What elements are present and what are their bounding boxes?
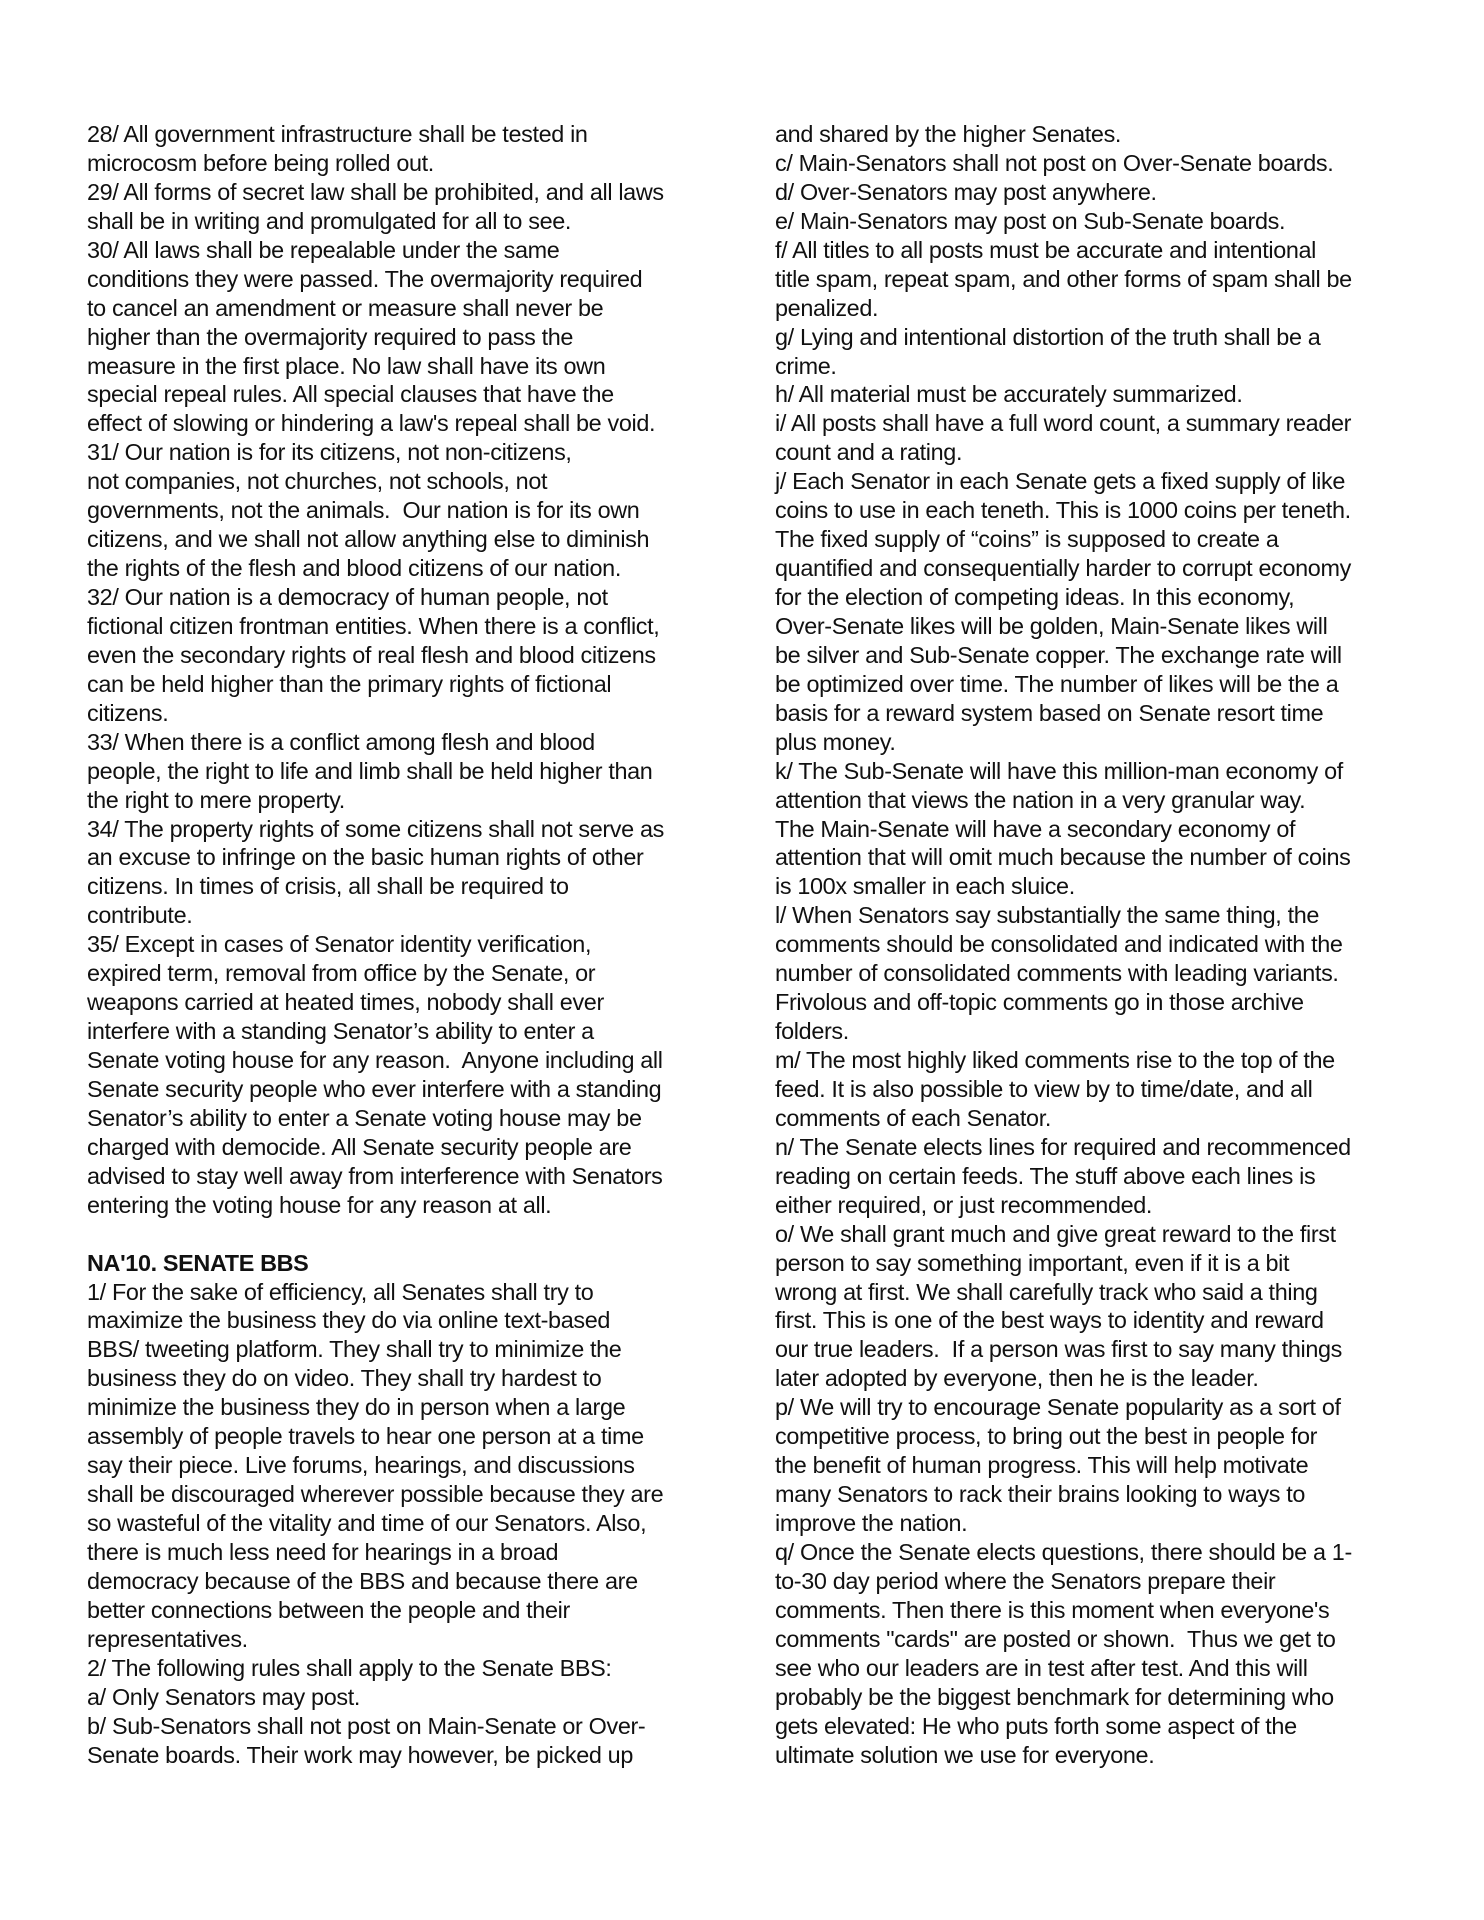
text-line: 34/ The property rights of some citizens… xyxy=(87,815,712,844)
document-page: 28/ All government infrastructure shall … xyxy=(0,0,1484,1920)
text-line: a/ Only Senators may post. xyxy=(87,1683,712,1712)
text-line: The Main-Senate will have a secondary ec… xyxy=(775,815,1400,844)
text-line: k/ The Sub-Senate will have this million… xyxy=(775,757,1400,786)
text-line: an excuse to infringe on the basic human… xyxy=(87,843,712,872)
text-line: m/ The most highly liked comments rise t… xyxy=(775,1046,1400,1075)
text-line: assembly of people travels to hear one p… xyxy=(87,1422,712,1451)
text-line: is 100x smaller in each sluice. xyxy=(775,872,1400,901)
text-line: Senator’s ability to enter a Senate voti… xyxy=(87,1104,712,1133)
text-line: the rights of the flesh and blood citize… xyxy=(87,554,712,583)
text-line: business they do on video. They shall tr… xyxy=(87,1364,712,1393)
text-line: count and a rating. xyxy=(775,438,1400,467)
text-line: conditions they were passed. The overmaj… xyxy=(87,265,712,294)
text-line: the right to mere property. xyxy=(87,786,712,815)
text-line: crime. xyxy=(775,352,1400,381)
blank-line xyxy=(87,1220,712,1249)
text-line: attention that will omit much because th… xyxy=(775,843,1400,872)
text-line: reading on certain feeds. The stuff abov… xyxy=(775,1162,1400,1191)
text-line: citizens. In times of crisis, all shall … xyxy=(87,872,712,901)
text-line: special repeal rules. All special clause… xyxy=(87,380,712,409)
text-line: 33/ When there is a conflict among flesh… xyxy=(87,728,712,757)
text-line: so wasteful of the vitality and time of … xyxy=(87,1509,712,1538)
text-line: entering the voting house for any reason… xyxy=(87,1191,712,1220)
text-line: our true leaders. If a person was first … xyxy=(775,1335,1400,1364)
text-line: minimize the business they do in person … xyxy=(87,1393,712,1422)
text-line: democracy because of the BBS and because… xyxy=(87,1567,712,1596)
text-line: d/ Over-Senators may post anywhere. xyxy=(775,178,1400,207)
text-line: The fixed supply of “coins” is supposed … xyxy=(775,525,1400,554)
text-line: quantified and consequentially harder to… xyxy=(775,554,1400,583)
text-line: citizens, and we shall not allow anythin… xyxy=(87,525,712,554)
text-line: h/ All material must be accurately summa… xyxy=(775,380,1400,409)
text-line: later adopted by everyone, then he is th… xyxy=(775,1364,1400,1393)
text-line: g/ Lying and intentional distortion of t… xyxy=(775,323,1400,352)
text-line: either required, or just recommended. xyxy=(775,1191,1400,1220)
text-line: interfere with a standing Senator’s abil… xyxy=(87,1017,712,1046)
text-line: not companies, not churches, not schools… xyxy=(87,467,712,496)
text-line: o/ We shall grant much and give great re… xyxy=(775,1220,1400,1249)
text-line: for the election of competing ideas. In … xyxy=(775,583,1400,612)
text-line: and shared by the higher Senates. xyxy=(775,120,1400,149)
text-line: f/ All titles to all posts must be accur… xyxy=(775,236,1400,265)
text-line: comments of each Senator. xyxy=(775,1104,1400,1133)
text-line: there is much less need for hearings in … xyxy=(87,1538,712,1567)
text-line: better connections between the people an… xyxy=(87,1596,712,1625)
text-line: to-30 day period where the Senators prep… xyxy=(775,1567,1400,1596)
text-line: expired term, removal from office by the… xyxy=(87,959,712,988)
text-line: see who our leaders are in test after te… xyxy=(775,1654,1400,1683)
section-heading: NA'10. SENATE BBS xyxy=(87,1249,712,1278)
text-line: citizens. xyxy=(87,699,712,728)
text-line: c/ Main-Senators shall not post on Over-… xyxy=(775,149,1400,178)
text-line: measure in the first place. No law shall… xyxy=(87,352,712,381)
text-line: competitive process, to bring out the be… xyxy=(775,1422,1400,1451)
text-line: to cancel an amendment or measure shall … xyxy=(87,294,712,323)
text-line: be silver and Sub-Senate copper. The exc… xyxy=(775,641,1400,670)
text-line: Senate voting house for any reason. Anyo… xyxy=(87,1046,712,1075)
text-line: charged with democide. All Senate securi… xyxy=(87,1133,712,1162)
text-line: folders. xyxy=(775,1017,1400,1046)
text-line: title spam, repeat spam, and other forms… xyxy=(775,265,1400,294)
text-line: Senate security people who ever interfer… xyxy=(87,1075,712,1104)
text-line: can be held higher than the primary righ… xyxy=(87,670,712,699)
text-line: advised to stay well away from interfere… xyxy=(87,1162,712,1191)
text-line: microcosm before being rolled out. xyxy=(87,149,712,178)
text-line: 32/ Our nation is a democracy of human p… xyxy=(87,583,712,612)
text-line: 30/ All laws shall be repealable under t… xyxy=(87,236,712,265)
text-line: higher than the overmajority required to… xyxy=(87,323,712,352)
text-line: fictional citizen frontman entities. Whe… xyxy=(87,612,712,641)
text-line: Senate boards. Their work may however, b… xyxy=(87,1741,712,1770)
text-line: 1/ For the sake of efficiency, all Senat… xyxy=(87,1278,712,1307)
text-line: Over-Senate likes will be golden, Main-S… xyxy=(775,612,1400,641)
right-text-column: and shared by the higher Senates.c/ Main… xyxy=(775,120,1400,1769)
text-line: comments should be consolidated and indi… xyxy=(775,930,1400,959)
text-line: penalized. xyxy=(775,294,1400,323)
text-line: basis for a reward system based on Senat… xyxy=(775,699,1400,728)
text-line: weapons carried at heated times, nobody … xyxy=(87,988,712,1017)
text-line: q/ Once the Senate elects questions, the… xyxy=(775,1538,1400,1567)
text-line: effect of slowing or hindering a law's r… xyxy=(87,409,712,438)
text-line: shall be discouraged wherever possible b… xyxy=(87,1480,712,1509)
text-line: first. This is one of the best ways to i… xyxy=(775,1306,1400,1335)
text-line: j/ Each Senator in each Senate gets a fi… xyxy=(775,467,1400,496)
text-line: b/ Sub-Senators shall not post on Main-S… xyxy=(87,1712,712,1741)
left-text-column: 28/ All government infrastructure shall … xyxy=(87,120,712,1769)
text-line: people, the right to life and limb shall… xyxy=(87,757,712,786)
text-line: governments, not the animals. Our nation… xyxy=(87,496,712,525)
text-line: the benefit of human progress. This will… xyxy=(775,1451,1400,1480)
text-line: be optimized over time. The number of li… xyxy=(775,670,1400,699)
text-line: plus money. xyxy=(775,728,1400,757)
text-line: n/ The Senate elects lines for required … xyxy=(775,1133,1400,1162)
text-line: BBS/ tweeting platform. They shall try t… xyxy=(87,1335,712,1364)
text-line: comments "cards" are posted or shown. Th… xyxy=(775,1625,1400,1654)
text-line: even the secondary rights of real flesh … xyxy=(87,641,712,670)
text-line: 28/ All government infrastructure shall … xyxy=(87,120,712,149)
text-line: say their piece. Live forums, hearings, … xyxy=(87,1451,712,1480)
text-line: 2/ The following rules shall apply to th… xyxy=(87,1654,712,1683)
text-line: coins to use in each teneth. This is 100… xyxy=(775,496,1400,525)
text-line: p/ We will try to encourage Senate popul… xyxy=(775,1393,1400,1422)
text-line: e/ Main-Senators may post on Sub-Senate … xyxy=(775,207,1400,236)
text-line: Frivolous and off-topic comments go in t… xyxy=(775,988,1400,1017)
text-line: many Senators to rack their brains looki… xyxy=(775,1480,1400,1509)
text-line: attention that views the nation in a ver… xyxy=(775,786,1400,815)
text-line: representatives. xyxy=(87,1625,712,1654)
text-line: wrong at first. We shall carefully track… xyxy=(775,1278,1400,1307)
text-line: probably be the biggest benchmark for de… xyxy=(775,1683,1400,1712)
text-line: ultimate solution we use for everyone. xyxy=(775,1741,1400,1770)
text-line: l/ When Senators say substantially the s… xyxy=(775,901,1400,930)
text-line: maximize the business they do via online… xyxy=(87,1306,712,1335)
text-line: improve the nation. xyxy=(775,1509,1400,1538)
text-line: comments. Then there is this moment when… xyxy=(775,1596,1400,1625)
text-line: 31/ Our nation is for its citizens, not … xyxy=(87,438,712,467)
text-line: gets elevated: He who puts forth some as… xyxy=(775,1712,1400,1741)
text-line: contribute. xyxy=(87,901,712,930)
text-line: number of consolidated comments with lea… xyxy=(775,959,1400,988)
text-line: shall be in writing and promulgated for … xyxy=(87,207,712,236)
text-line: person to say something important, even … xyxy=(775,1249,1400,1278)
text-line: i/ All posts shall have a full word coun… xyxy=(775,409,1400,438)
text-line: feed. It is also possible to view by to … xyxy=(775,1075,1400,1104)
text-line: 35/ Except in cases of Senator identity … xyxy=(87,930,712,959)
text-line: 29/ All forms of secret law shall be pro… xyxy=(87,178,712,207)
